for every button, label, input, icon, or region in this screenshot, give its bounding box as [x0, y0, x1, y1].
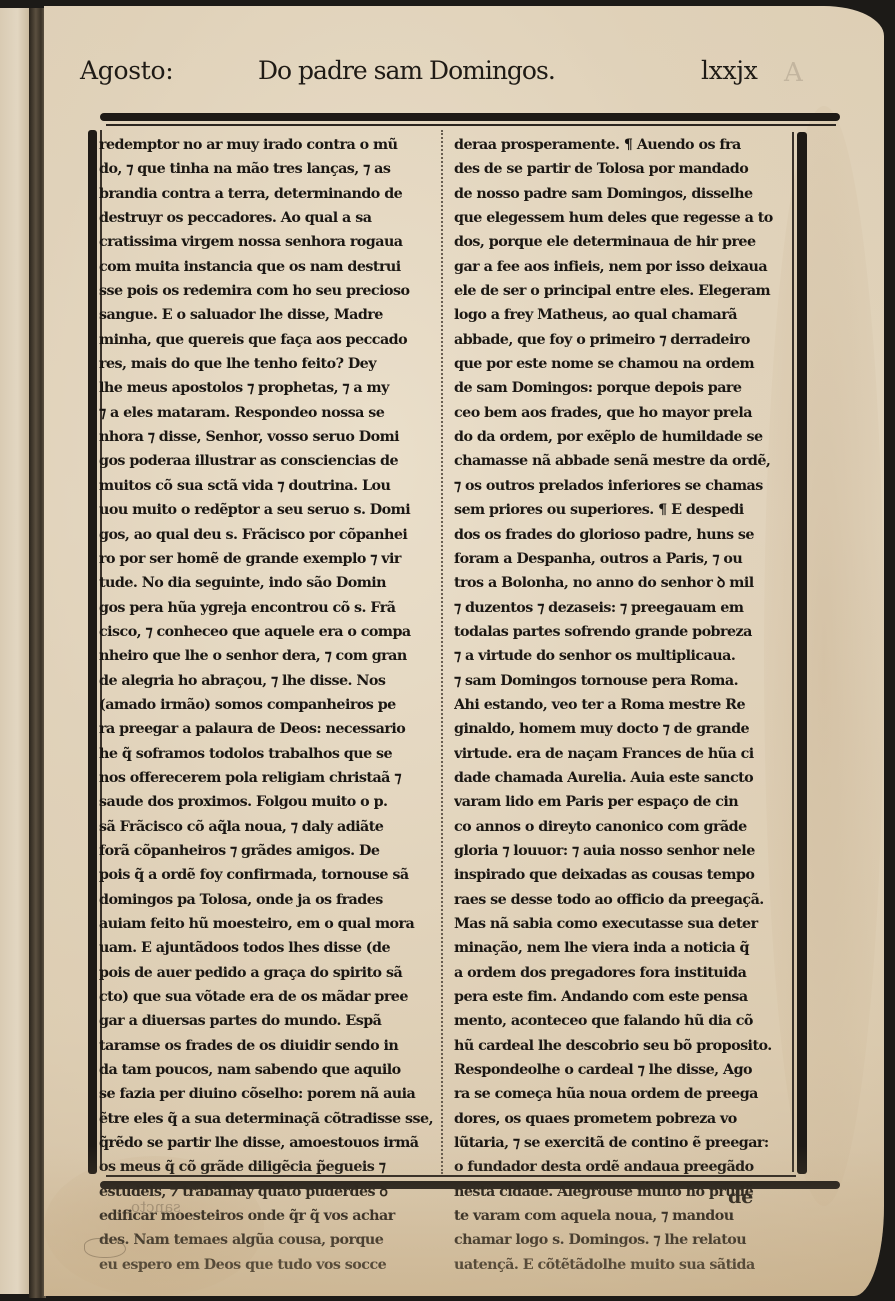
text-line: ro por ser homẽ de grande exemplo ⁊ vir [99, 547, 439, 571]
text-line: sã Frãcisco cõ aq̃la noua, ⁊ daly adiãte [99, 815, 439, 839]
text-line: do da ordem, por exẽplo de humildade se [454, 425, 792, 449]
running-head-month: Agosto: [80, 56, 173, 85]
text-line: he q̃ soframos todolos trabalhos que se [99, 742, 439, 766]
right-border-rule [797, 132, 807, 1174]
text-line: pois de auer pedido a graça do spirito s… [99, 961, 439, 985]
text-line: minação, nem lhe viera inda a noticia q̃ [454, 936, 792, 960]
text-line: pois q̃ a ordẽ foy confirmada, tornouse … [99, 863, 439, 887]
text-line: do, ⁊ que tinha na mão tres lanças, ⁊ as [99, 157, 439, 181]
bleed-through-letter: A [784, 58, 803, 88]
text-line: gos pera hũa ygreja encontrou cõ s. Frã [99, 596, 439, 620]
text-line: gloria ⁊ louuor: ⁊ auia nosso senhor nel… [454, 839, 792, 863]
text-line: sangue. E o saluador lhe disse, Madre [99, 303, 439, 327]
text-line: ceo bem aos frades, que ho mayor prela [454, 401, 792, 425]
text-line: muitos cõ sua sctã vida ⁊ doutrina. Lou [99, 474, 439, 498]
text-line: logo a frey Matheus, ao qual chamarã [454, 303, 792, 327]
text-line: des. Nam temaes algũa cousa, porque [99, 1228, 439, 1252]
text-line: dade chamada Aurelia. Auia este sancto [454, 766, 792, 790]
text-line: ⁊ sam Domingos tornouse pera Roma. [454, 669, 792, 693]
text-line: uatençã. E cõtẽtãdolhe muito sua sãtida [454, 1253, 792, 1277]
text-line: destruyr os peccadores. Ao qual a sa [99, 206, 439, 230]
text-column-left: redemptor no ar muy irado contra o mũdo,… [99, 133, 439, 1277]
text-line: ra preegar a palaura de Deos: necessario [99, 717, 439, 741]
text-line: gos poderaa illustrar as consciencias de [99, 449, 439, 473]
text-line: auiam feito hũ moesteiro, em o qual mora [99, 912, 439, 936]
text-line: taramse os frades de os diuidir sendo in [99, 1034, 439, 1058]
text-line: edificar moesteiros onde q̃r q̃ vos acha… [99, 1204, 439, 1228]
text-line: eu espero em Deos que tudo vos socce [99, 1253, 439, 1277]
text-line: que por este nome se chamou na ordem [454, 352, 792, 376]
text-line: domingos pa Tolosa, onde ja os frades [99, 888, 439, 912]
text-line: cratissima virgem nossa senhora rogaua [99, 230, 439, 254]
text-line: cisco, ⁊ conheceo que aquele era o compa [99, 620, 439, 644]
right-border-thin-rule [792, 132, 794, 1172]
text-line: lũtaria, ⁊ se exercitã de contino ẽ pree… [454, 1131, 792, 1155]
text-line: estudeis, ⁊ trabalhay quãto puderdes ꝺ [99, 1180, 439, 1204]
text-line: Ahi estando, veo ter a Roma mestre Re [454, 693, 792, 717]
text-line: gar a diuersas partes do mundo. Espã [99, 1009, 439, 1033]
text-line: abbade, que foy o primeiro ⁊ derradeiro [454, 328, 792, 352]
text-line: redemptor no ar muy irado contra o mũ [99, 133, 439, 157]
text-line: que elegessem hum deles que regesse a to [454, 206, 792, 230]
scanned-book-spread: Agosto: Do padre sam Domingos. lxxjx A r… [0, 0, 895, 1301]
text-line: (amado irmão) somos companheiros pe [99, 693, 439, 717]
text-line: q̃rẽdo se partir lhe disse, amoestouos i… [99, 1131, 439, 1155]
text-line: gar a fee aos infieis, nem por isso deix… [454, 255, 792, 279]
text-line: com muita instancia que os nam destrui [99, 255, 439, 279]
text-line: nheiro que lhe o senhor dera, ⁊ com gran [99, 644, 439, 668]
text-line: o fundador desta ordẽ andaua preegãdo [454, 1155, 792, 1179]
text-line: nhora ⁊ disse, Senhor, vosso seruo Domi [99, 425, 439, 449]
text-line: dos os frades do glorioso padre, huns se [454, 523, 792, 547]
text-line: nos offerecerem pola religiam christaã ⁊ [99, 766, 439, 790]
text-line: lhe meus apostolos ⁊ prophetas, ⁊ a my [99, 376, 439, 400]
text-line: ra se começa hũa noua ordem de preega [454, 1082, 792, 1106]
text-line: ⁊ a virtude do senhor os multiplicaua. [454, 644, 792, 668]
book-page: Agosto: Do padre sam Domingos. lxxjx A r… [44, 6, 884, 1296]
text-line: ⁊ duzentos ⁊ dezaseis: ⁊ preegauam em [454, 596, 792, 620]
top-border-rule [100, 113, 840, 121]
text-line: uam. E ajuntãdoos todos lhes disse (de [99, 936, 439, 960]
text-line: chamar logo s. Domingos. ⁊ lhe relatou [454, 1228, 792, 1252]
text-line: os meus q̃ cõ grãde diligẽcia p̃egueis ⁊ [99, 1155, 439, 1179]
text-column-right: deraa prosperamente. ¶ Auendo os frades … [454, 133, 792, 1277]
text-line: cto) que sua võtade era de os mãdar pree [99, 985, 439, 1009]
text-line: saude dos proximos. Folgou muito o p. [99, 790, 439, 814]
text-line: forã cõpanheiros ⁊ grãdes amigos. De [99, 839, 439, 863]
bottom-border-thin-rule [106, 1175, 796, 1177]
bottom-border-rule [100, 1181, 840, 1189]
text-line: ẽtre eles q̃ a sua determinaçã cõtradiss… [99, 1107, 439, 1131]
text-line: a ordem dos pregadores fora instituida [454, 961, 792, 985]
text-line: inspirado que deixadas as cousas tempo [454, 863, 792, 887]
text-line: Mas nã sabia como executasse sua deter [454, 912, 792, 936]
text-line: brandia contra a terra, determinando de [99, 182, 439, 206]
catchword: de [728, 1186, 753, 1208]
text-line: gos, ao qual deu s. Frãcisco por cõpanhe… [99, 523, 439, 547]
bleed-through-offset-text: sancto [131, 1198, 181, 1216]
text-line: virtude. era de naçam Frances de hũa ci [454, 742, 792, 766]
text-line: ⁊ a eles mataram. Respondeo nossa se [99, 401, 439, 425]
text-line: res, mais do que lhe tenho feito? Dey [99, 352, 439, 376]
text-line: se fazia per diuino cõselho: porem nã au… [99, 1082, 439, 1106]
text-line: raes se desse todo ao officio da preegaç… [454, 888, 792, 912]
text-line: todalas partes sofrendo grande pobreza [454, 620, 792, 644]
text-line: ele de ser o principal entre eles. Elege… [454, 279, 792, 303]
top-border-thin-rule [106, 124, 836, 126]
text-line: uou muito o redẽptor a seu seruo s. Domi [99, 498, 439, 522]
water-stain [44, 1156, 264, 1296]
text-line: des de se partir de Tolosa por mandado [454, 157, 792, 181]
text-line: dos, porque ele determinaua de hir pree [454, 230, 792, 254]
text-line: chamasse nã abbade senã mestre da ordẽ, [454, 449, 792, 473]
text-line: co annos o direyto canonico com grãde [454, 815, 792, 839]
text-line: hũ cardeal lhe descobrio seu bõ proposit… [454, 1034, 792, 1058]
text-line: foram a Despanha, outros a Paris, ⁊ ou [454, 547, 792, 571]
text-line: tude. No dia seguinte, indo são Domin [99, 571, 439, 595]
folio-number: lxxjx [701, 56, 758, 85]
text-line: tros a Bolonha, no anno do senhor ꝺ mil [454, 571, 792, 595]
text-line: dores, os quaes prometem pobreza vo [454, 1107, 792, 1131]
facing-page-edge [0, 8, 29, 1294]
text-line: de sam Domingos: porque depois pare [454, 376, 792, 400]
text-line: da tam poucos, nam sabendo que aquilo [99, 1058, 439, 1082]
text-line: pera este fim. Andando com este pensa [454, 985, 792, 1009]
text-line: ⁊ os outros prelados inferiores se chama… [454, 474, 792, 498]
text-line: nesta cidade. Alegrouse muito ho prudẽ [454, 1180, 792, 1204]
text-line: mento, aconteceo que falando hũ dia cõ [454, 1009, 792, 1033]
text-line: sse pois os redemira com ho seu precioso [99, 279, 439, 303]
column-divider [441, 130, 444, 1174]
text-line: Respondeolhe o cardeal ⁊ lhe disse, Ago [454, 1058, 792, 1082]
text-line: varam lido em Paris per espaço de cin [454, 790, 792, 814]
ink-doodle-mark [84, 1238, 126, 1258]
text-line: sem priores ou superiores. ¶ E despedi [454, 498, 792, 522]
text-line: de nosso padre sam Domingos, disselhe [454, 182, 792, 206]
running-head-title: Do padre sam Domingos. [258, 56, 555, 85]
left-border-rule [88, 130, 97, 1174]
text-line: ginaldo, homem muy docto ⁊ de grande [454, 717, 792, 741]
text-line: te varam com aquela noua, ⁊ mandou [454, 1204, 792, 1228]
text-line: de alegria ho abraçou, ⁊ lhe disse. Nos [99, 669, 439, 693]
text-line: deraa prosperamente. ¶ Auendo os fra [454, 133, 792, 157]
text-line: minha, que quereis que faça aos peccado [99, 328, 439, 352]
